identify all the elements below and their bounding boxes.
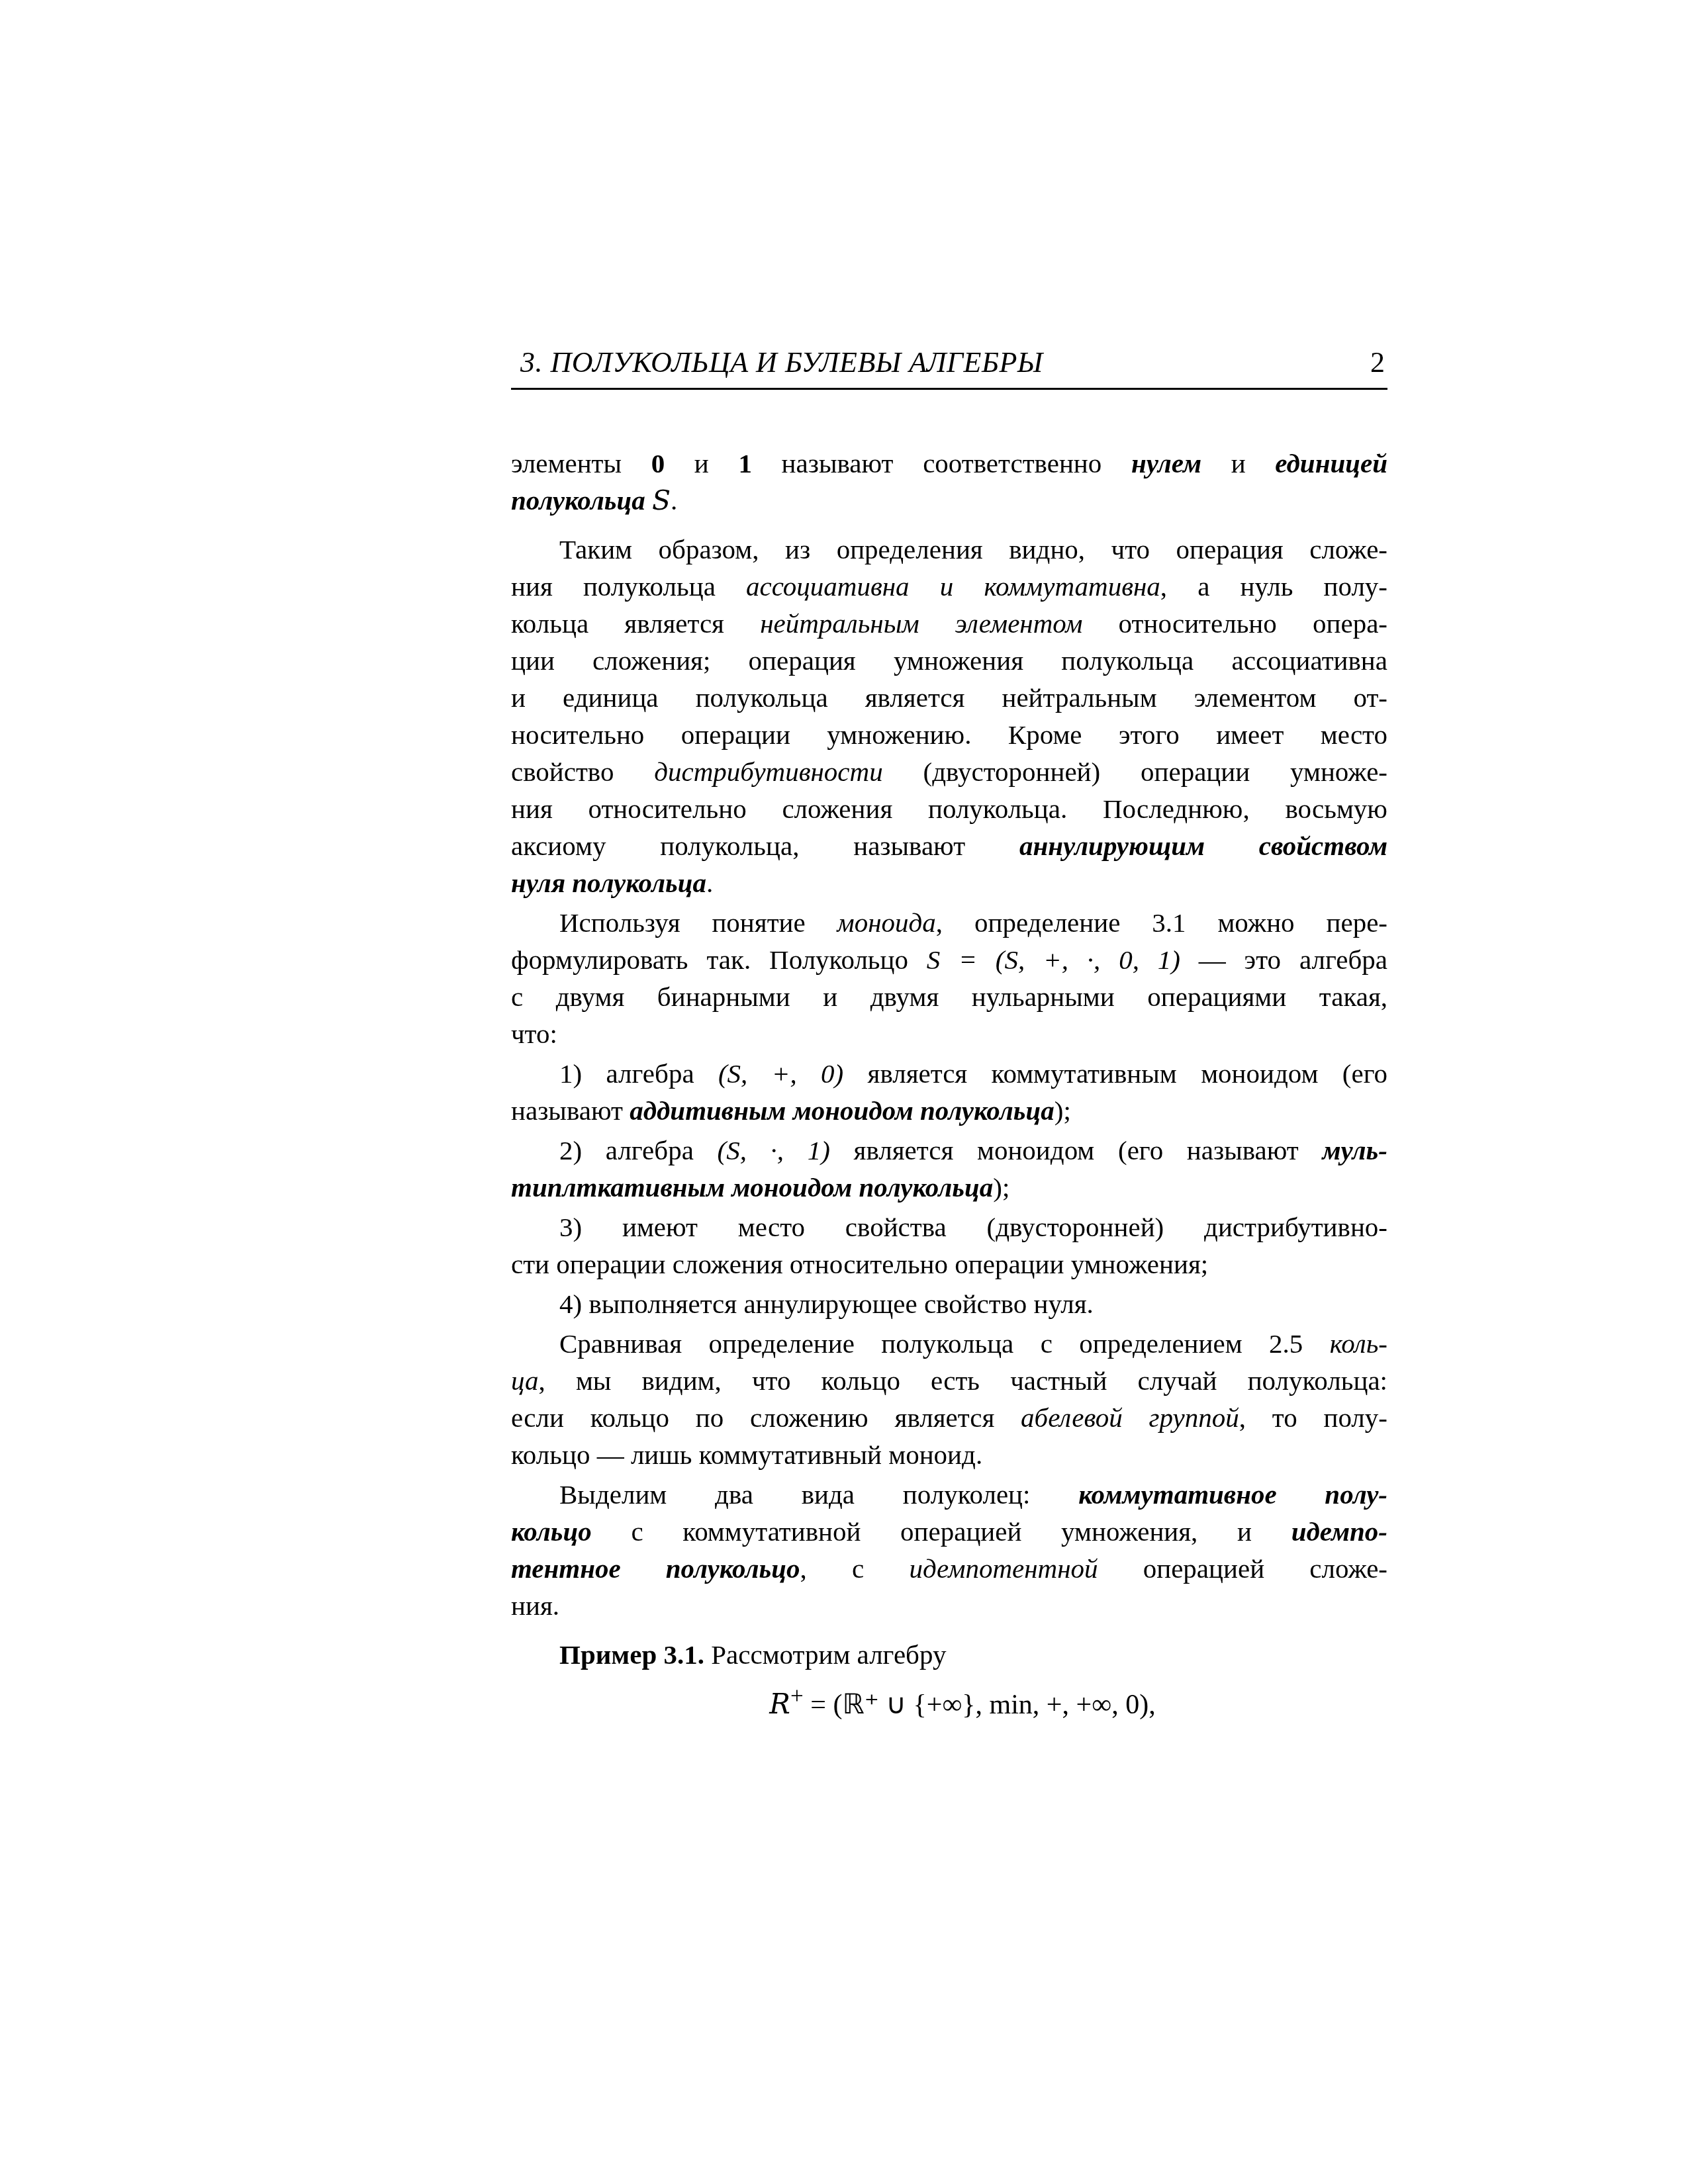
text-line: Используя понятие моноида, определение 3… bbox=[511, 904, 1387, 941]
paragraph-gap bbox=[511, 519, 1387, 531]
list-item: 1) алгебра (S, +, 0) является коммутатив… bbox=[511, 1055, 1387, 1129]
example-label: Пример 3.1. bbox=[559, 1639, 704, 1670]
text: является моноидом (его называют bbox=[830, 1135, 1322, 1165]
text-line: сти операции сложения относительно опера… bbox=[511, 1246, 1387, 1283]
paragraph-properties: Таким образом, из определения видно, что… bbox=[511, 531, 1387, 901]
text-line: Пример 3.1. Рассмотрим алгебру bbox=[511, 1636, 1387, 1673]
paragraph-ring-comparison: Сравнивая определение полукольца с опред… bbox=[511, 1325, 1387, 1473]
text: операцией сложе- bbox=[1098, 1553, 1387, 1584]
inline-formula: (S, ·, 1) bbox=[718, 1135, 830, 1165]
emphasis: ца bbox=[511, 1365, 539, 1396]
body-text: элементы 0 и 1 называют соответственно н… bbox=[511, 445, 1387, 1719]
inline-formula: (S, +, 0) bbox=[718, 1058, 843, 1089]
text-line: если кольцо по сложению является абелево… bbox=[511, 1399, 1387, 1436]
one-element: 1 bbox=[738, 448, 752, 478]
text-line: 3) имеют место свойства (двусторонней) д… bbox=[511, 1208, 1387, 1246]
term-zero: нулем bbox=[1131, 448, 1201, 478]
text: и bbox=[665, 448, 738, 478]
text: свойство bbox=[511, 756, 654, 787]
zero-element: 0 bbox=[651, 448, 665, 478]
text: аксиому полукольца, называют bbox=[511, 831, 1019, 861]
text-line: Сравнивая определение полукольца с опред… bbox=[511, 1325, 1387, 1362]
display-formula: R+ = (ℝ⁺ ∪ {+∞}, min, +, +∞, 0), bbox=[511, 1673, 1387, 1719]
term-unit: единицей bbox=[1275, 448, 1387, 478]
text: формулировать так. Полукольцо bbox=[511, 944, 927, 975]
text: называют bbox=[511, 1095, 630, 1126]
text-line: 1) алгебра (S, +, 0) является коммутатив… bbox=[511, 1055, 1387, 1092]
formula-body: = (ℝ⁺ ∪ {+∞}, min, +, +∞, 0), bbox=[804, 1690, 1156, 1720]
text-line: нуля полукольца. bbox=[511, 864, 1387, 901]
text: Рассмотрим алгебру bbox=[704, 1639, 946, 1670]
text: , а нуль полу- bbox=[1160, 571, 1387, 602]
text-line: полукольца S. bbox=[511, 482, 1387, 519]
text: является коммутативным моноидом (его bbox=[843, 1058, 1387, 1089]
text: ); bbox=[993, 1172, 1009, 1203]
text-line: ния. bbox=[511, 1587, 1387, 1624]
text-line: формулировать так. Полукольцо S = (S, +,… bbox=[511, 941, 1387, 978]
chapter-title: 3. ПОЛУКОЛЬЦА И БУЛЕВЫ АЛГЕБРЫ bbox=[520, 345, 1043, 379]
superscript: + bbox=[790, 1683, 804, 1709]
emphasis: коль- bbox=[1330, 1328, 1387, 1359]
text: если кольцо по сложению является bbox=[511, 1402, 1021, 1433]
list-item: 4) выполняется аннулирующее свойство нул… bbox=[511, 1285, 1387, 1322]
term-commutative-semiring: кольцо bbox=[511, 1516, 592, 1547]
emphasis: идемпотентной bbox=[909, 1553, 1098, 1584]
text-line: тентное полукольцо, с идемпотентной опер… bbox=[511, 1550, 1387, 1587]
text-line: ния относительно сложения полукольца. По… bbox=[511, 790, 1387, 827]
text: называют соответственно bbox=[752, 448, 1131, 478]
paragraph-monoid: Используя понятие моноида, определение 3… bbox=[511, 904, 1387, 1052]
paragraph-gap bbox=[511, 1624, 1387, 1636]
text: и bbox=[1201, 448, 1275, 478]
text-line: называют аддитивным моноидом полукольца)… bbox=[511, 1092, 1387, 1129]
math-symbol: R bbox=[769, 1688, 790, 1720]
list-item: 2) алгебра (S, ·, 1) является моноидом (… bbox=[511, 1132, 1387, 1206]
text-line: элементы 0 и 1 называют соответственно н… bbox=[511, 445, 1387, 482]
text: 2) алгебра bbox=[559, 1135, 718, 1165]
axiom-list: 1) алгебра (S, +, 0) является коммутатив… bbox=[511, 1055, 1387, 1322]
term-multiplicative-monoid: типлткативным моноидом полукольца bbox=[511, 1172, 993, 1203]
term-multiplicative-monoid: муль- bbox=[1322, 1135, 1387, 1165]
term-commutative-semiring: коммутативное полу- bbox=[1078, 1479, 1387, 1510]
text: элементы bbox=[511, 448, 651, 478]
text: с коммутативной операцией умножения, и bbox=[592, 1516, 1291, 1547]
text: , то полу- bbox=[1239, 1402, 1387, 1433]
text-line: кольцо с коммутативной операцией умножен… bbox=[511, 1513, 1387, 1550]
text: ния полукольца bbox=[511, 571, 746, 602]
text-line: что: bbox=[511, 1015, 1387, 1052]
inline-formula: S = (S, +, ·, 0, 1) bbox=[927, 944, 1180, 975]
term-annihilating: нуля полукольца bbox=[511, 868, 706, 898]
text-line: типлткативным моноидом полукольца); bbox=[511, 1169, 1387, 1206]
text: . bbox=[671, 485, 677, 516]
term-semiring: полукольца bbox=[511, 485, 652, 516]
text-line: 4) выполняется аннулирующее свойство нул… bbox=[511, 1285, 1387, 1322]
emphasis: моноида bbox=[837, 907, 936, 938]
list-item: 3) имеют место свойства (двусторонней) д… bbox=[511, 1208, 1387, 1283]
emphasis: нейтральным элементом bbox=[760, 608, 1082, 639]
text: . bbox=[706, 868, 713, 898]
page-number: 2 bbox=[1370, 345, 1385, 379]
text-line: ции сложения; операция умножения полукол… bbox=[511, 642, 1387, 679]
emphasis: ассоциативна и коммутативна bbox=[746, 571, 1160, 602]
text-line: Таким образом, из определения видно, что… bbox=[511, 531, 1387, 568]
text-line: 2) алгебра (S, ·, 1) является моноидом (… bbox=[511, 1132, 1387, 1169]
text-line: кольца является нейтральным элементом от… bbox=[511, 605, 1387, 642]
text-line: кольцо — лишь коммутативный моноид. bbox=[511, 1436, 1387, 1473]
text-line: ца, мы видим, что кольцо есть частный сл… bbox=[511, 1362, 1387, 1399]
math-symbol: S bbox=[652, 484, 671, 516]
term-annihilating: аннулирующим свойством bbox=[1019, 831, 1387, 861]
emphasis: дистрибутивности bbox=[654, 756, 882, 787]
term-idempotent-semiring: идемпо- bbox=[1291, 1516, 1387, 1547]
paragraph-definition-end: элементы 0 и 1 называют соответственно н… bbox=[511, 445, 1387, 519]
emphasis: абелевой группой bbox=[1021, 1402, 1239, 1433]
text-line: и единица полукольца является нейтральны… bbox=[511, 679, 1387, 716]
term-idempotent-semiring: тентное полукольцо bbox=[511, 1553, 800, 1584]
text: Сравнивая определение полукольца с опред… bbox=[559, 1328, 1330, 1359]
text: , с bbox=[800, 1553, 910, 1584]
text: Выделим два вида полуколец: bbox=[559, 1479, 1078, 1510]
text: 1) алгебра bbox=[559, 1058, 718, 1089]
text-line: с двумя бинарными и двумя нульарными опе… bbox=[511, 978, 1387, 1015]
text: , определение 3.1 можно пере- bbox=[936, 907, 1387, 938]
text: — это алгебра bbox=[1180, 944, 1387, 975]
text: относительно опера- bbox=[1082, 608, 1387, 639]
text-line: носительно операции умножению. Кроме это… bbox=[511, 716, 1387, 753]
text: ); bbox=[1055, 1095, 1071, 1126]
paragraph-semiring-types: Выделим два вида полуколец: коммутативно… bbox=[511, 1476, 1387, 1624]
term-additive-monoid: аддитивным моноидом полукольца bbox=[630, 1095, 1055, 1126]
text-line: Выделим два вида полуколец: коммутативно… bbox=[511, 1476, 1387, 1513]
text-line: ния полукольца ассоциативна и коммутатив… bbox=[511, 568, 1387, 605]
text-line: аксиому полукольца, называют аннулирующи… bbox=[511, 827, 1387, 864]
running-head: 3. ПОЛУКОЛЬЦА И БУЛЕВЫ АЛГЕБРЫ 2 bbox=[511, 344, 1387, 390]
text: кольца является bbox=[511, 608, 760, 639]
text-line: свойство дистрибутивности (двусторонней)… bbox=[511, 753, 1387, 790]
text: , мы видим, что кольцо есть частный случ… bbox=[539, 1365, 1387, 1396]
text: (двусторонней) операции умноже- bbox=[883, 756, 1387, 787]
text: Используя понятие bbox=[559, 907, 837, 938]
example-block: Пример 3.1. Рассмотрим алгебру R+ = (ℝ⁺ … bbox=[511, 1636, 1387, 1719]
